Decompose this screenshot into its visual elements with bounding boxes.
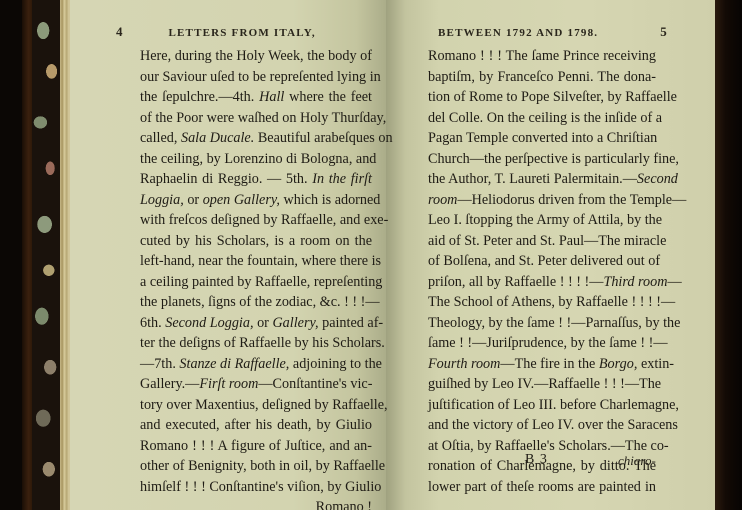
text-run: 6th. [140, 315, 165, 331]
text-run: or [254, 315, 273, 331]
right-running-head: BETWEEN 1792 AND 1798. 5 [438, 24, 667, 40]
text-line: ſame ! !—Juriſprudence, by the ſame ! !— [428, 333, 656, 354]
text-run: Pagan Temple converted into a Chriſtian [428, 130, 657, 146]
text-run: priſon, all by Raffaelle ! ! ! !— [428, 274, 603, 290]
text-run: a ceiling painted by Raffaelle, repreſen… [140, 274, 382, 290]
text-line: del Colle. On the ceiling is the inſide … [428, 108, 656, 129]
text-run: The School of Athens, by Raffaelle ! ! !… [428, 294, 675, 310]
text-line: a ceiling painted by Raffaelle, repreſen… [140, 272, 372, 293]
text-line: 6th. Second Loggia, or Gallery, painted … [140, 313, 372, 334]
text-run: Romano ! ! ! A figure of Juſtice, and an… [140, 438, 372, 454]
text-run: adjoining to the [289, 356, 382, 372]
left-running-head: 4 LETTERS FROM ITALY, [116, 24, 316, 40]
text-line: himſelf ! ! ! Conſtantine's viſion, by G… [140, 477, 372, 498]
text-run: the Author, T. Laureti Palermitain.— [428, 171, 637, 187]
text-run: tory over Maxentius, deſigned by Raffael… [140, 397, 388, 413]
text-line: Loggia, or open Gallery, which is adorne… [140, 190, 372, 211]
text-line: baptiſm, by Franceſco Penni. The dona- [428, 67, 656, 88]
text-line: called, Sala Ducale. Beautiful arabeſque… [140, 128, 372, 149]
italic-text: Third room [603, 274, 667, 290]
text-run: where the feet [284, 89, 372, 105]
text-line: Fourth room—The fire in the Borgo, extin… [428, 354, 656, 375]
text-run: Romano ! [316, 499, 372, 510]
italic-text: Stanze di Raffaelle, [179, 356, 289, 372]
italic-text: Hall [259, 89, 284, 105]
text-run: del Colle. On the ceiling is the inſide … [428, 110, 662, 126]
text-line: Romano ! ! ! The ſame Prince receiving [428, 46, 656, 67]
text-line: of Bolſena, and St. Peter delivered out … [428, 251, 656, 272]
text-run: other of Benignity, both in oil, by Raff… [140, 458, 385, 474]
text-run: aid of St. Peter and St. Paul—The miracl… [428, 233, 666, 249]
text-run: himſelf ! ! ! Conſtantine's viſion, by G… [140, 479, 381, 495]
text-line: Theology, by the ſame ! !—Parnaſſus, by … [428, 313, 656, 334]
text-run: ter the deſigns of Raffaelle by his Scho… [140, 335, 385, 351]
text-line: the ſepulchre.—4th. Hall where the feet [140, 87, 372, 108]
left-page-number: 4 [116, 24, 123, 39]
text-run: left-hand, near the fountain, where ther… [140, 253, 381, 269]
text-line: Raphaelin di Reggio. — 5th. In the firſt [140, 169, 372, 190]
book-background [0, 0, 24, 510]
left-running-title: LETTERS FROM ITALY, [168, 27, 315, 39]
text-line: tory over Maxentius, deſigned by Raffael… [140, 395, 372, 416]
text-line: The School of Athens, by Raffaelle ! ! !… [428, 292, 656, 313]
text-line: aid of St. Peter and St. Paul—The miracl… [428, 231, 656, 252]
italic-text: room [428, 192, 457, 208]
italic-text: Gallery, [272, 315, 318, 331]
text-run: extin- [637, 356, 674, 372]
text-line: our Saviour uſed to be repreſented lying… [140, 67, 372, 88]
text-run: cuted by his Scholars, is a room on the [140, 233, 372, 249]
text-run: which is adorned [280, 192, 380, 208]
text-line: Here, during the Holy Week, the body of [140, 46, 372, 67]
text-run: —The fire in the [500, 356, 599, 372]
text-run: or [184, 192, 203, 208]
text-run: called, [140, 130, 181, 146]
text-line: the ceiling, by Lorenzino di Bologna, an… [140, 149, 372, 170]
italic-text: In the firſt [312, 171, 372, 187]
text-line: tion of Rome to Pope Silveſter, by Raffa… [428, 87, 656, 108]
text-line: lower part of theſe rooms are painted in [428, 477, 656, 498]
text-run: Theology, by the ſame ! !—Parnaſſus, by … [428, 315, 680, 331]
text-run: tion of Rome to Pope Silveſter, by Raffa… [428, 89, 677, 105]
text-run: —Conſtantine's vic- [258, 376, 372, 392]
text-run: of the Poor were waſhed on Holy Thurſday… [140, 110, 386, 126]
text-run: Raphaelin di Reggio. — 5th. [140, 171, 312, 187]
text-run: and executed, after his death, by Giulio [140, 417, 372, 433]
left-page-body: Here, during the Holy Week, the body ofo… [140, 46, 372, 510]
italic-text: Firſt room [199, 376, 258, 392]
text-line: Gallery.—Firſt room—Conſtantine's vic- [140, 374, 372, 395]
italic-text: Loggia, [140, 192, 184, 208]
text-run: painted af- [319, 315, 384, 331]
text-run: our Saviour uſed to be repreſented lying… [140, 69, 381, 85]
italic-text: Borgo, [599, 356, 638, 372]
right-page-number: 5 [660, 24, 667, 39]
text-run: of Bolſena, and St. Peter delivered out … [428, 253, 660, 269]
text-run: the planets, ſigns of the zodiac, &c. ! … [140, 294, 380, 310]
italic-text: open Gallery, [203, 192, 280, 208]
text-run: lower part of theſe rooms are painted in [428, 479, 656, 495]
text-line: priſon, all by Raffaelle ! ! ! !—Third r… [428, 272, 656, 293]
text-run: Leo I. ſtopping the Army of Attila, by t… [428, 212, 662, 228]
italic-text: Sala Ducale. [181, 130, 254, 146]
text-line: with freſcos deſigned by Raffaelle, and … [140, 210, 372, 231]
text-line: Pagan Temple converted into a Chriſtian [428, 128, 656, 149]
text-run: juſtification of Leo III. before Charlem… [428, 397, 679, 413]
text-line: left-hand, near the fountain, where ther… [140, 251, 372, 272]
text-run: at Oſtia, by Raffaelle's Scholars.—The c… [428, 438, 669, 454]
text-line: of the Poor were waſhed on Holy Thurſday… [140, 108, 372, 129]
text-run: —7th. [140, 356, 179, 372]
book-background-right [715, 0, 742, 510]
text-line: —7th. Stanze di Raffaelle, adjoining to … [140, 354, 372, 375]
right-page-body: Romano ! ! ! The ſame Prince receivingba… [428, 46, 656, 497]
text-line: other of Benignity, both in oil, by Raff… [140, 456, 372, 477]
italic-text: Second Loggia, [165, 315, 253, 331]
text-line: the Author, T. Laureti Palermitain.—Seco… [428, 169, 656, 190]
text-line: and executed, after his death, by Giulio [140, 415, 372, 436]
text-line: and the victory of Leo IV. over the Sara… [428, 415, 656, 436]
text-line: room—Heliodorus driven from the Temple— [428, 190, 656, 211]
text-run: Beautiful arabeſques on [254, 130, 392, 146]
marbled-endpaper [32, 0, 60, 510]
text-line: guiſhed by Leo IV.—Raffaelle ! ! !—The [428, 374, 656, 395]
text-line: Leo I. ſtopping the Army of Attila, by t… [428, 210, 656, 231]
text-line: Romano ! [140, 497, 372, 510]
text-line: cuted by his Scholars, is a room on the [140, 231, 372, 252]
text-line: juſtification of Leo III. before Charlem… [428, 395, 656, 416]
italic-text: Second [637, 171, 678, 187]
text-run: and the victory of Leo IV. over the Sara… [428, 417, 678, 433]
text-run: — [667, 274, 681, 290]
text-run: —Heliodorus driven from the Temple— [457, 192, 686, 208]
text-line: the planets, ſigns of the zodiac, &c. ! … [140, 292, 372, 313]
signature-mark: B 3 [525, 452, 548, 468]
text-run: ſame ! !—Juriſprudence, by the ſame ! !— [428, 335, 668, 351]
text-run: the ſepulchre.—4th. [140, 89, 259, 105]
catchword: chiaro- [618, 453, 656, 469]
text-run: with freſcos deſigned by Raffaelle, and … [140, 212, 388, 228]
text-run: Here, during the Holy Week, the body of [140, 48, 372, 64]
text-run: Gallery.— [140, 376, 199, 392]
text-run: the ceiling, by Lorenzino di Bologna, an… [140, 151, 376, 167]
text-line: Church—the perſpective is particularly f… [428, 149, 656, 170]
italic-text: Fourth room [428, 356, 500, 372]
text-run: Church—the perſpective is particularly f… [428, 151, 679, 167]
text-run: guiſhed by Leo IV.—Raffaelle ! ! !—The [428, 376, 661, 392]
text-run: Romano ! ! ! The ſame Prince receiving [428, 48, 656, 64]
right-running-title: BETWEEN 1792 AND 1798. [438, 27, 598, 39]
text-run: baptiſm, by Franceſco Penni. The dona- [428, 69, 656, 85]
text-line: ter the deſigns of Raffaelle by his Scho… [140, 333, 372, 354]
text-line: Romano ! ! ! A figure of Juſtice, and an… [140, 436, 372, 457]
